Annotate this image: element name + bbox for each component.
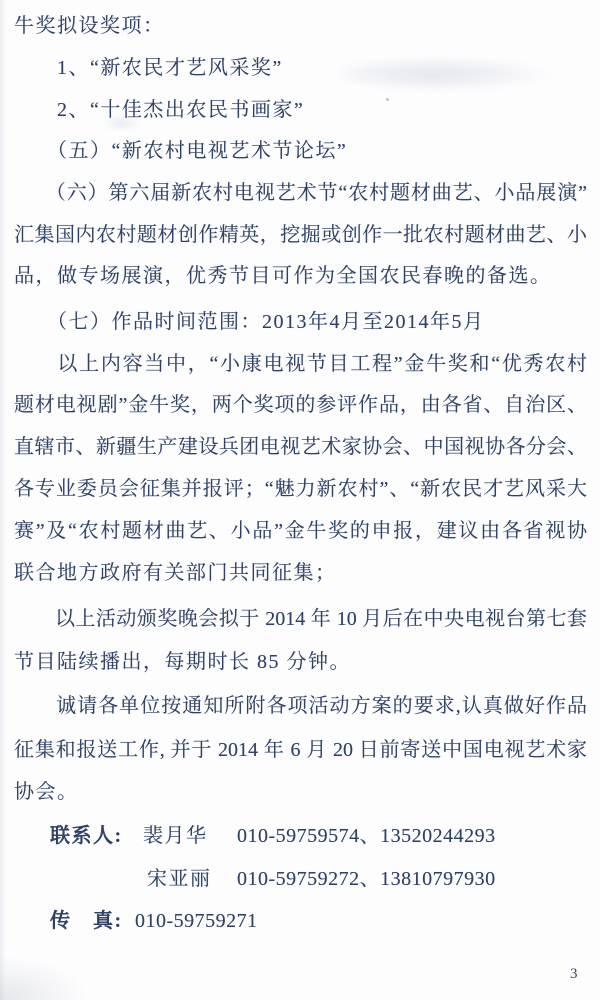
contact-phones-2: 010-59759272、13810797930 [237,865,496,893]
text-line-section-5: （五）“新农村电视艺术节论坛” [14,137,587,167]
text-line-section-7: （七）作品时间范围：2013年4月至2014年5月 [14,308,587,338]
text-line: 诚请各单位按通知所附各项活动方案的要求,认真做好作品 [14,692,587,722]
document-page: 牛奖拟设奖项： 1、“新农民才艺风采奖” 2、“十佳杰出农民书画家” （五）“新… [0,0,600,1000]
fax-number: 010-59759271 [135,907,258,935]
text-line: 牛奖拟设奖项： [14,12,587,42]
fax-label: 传 真: [50,907,123,935]
contact-row-2: 宋亚丽 010-59759272、13810797930 [14,865,587,895]
scan-corner-shade [0,955,90,1000]
text-line: 直辖市、新疆生产建设兵团电视艺术家协会、中国视协各分会、 [14,433,587,463]
text-line: 品，做专场展演，优秀节目可作为全国农民春晚的备选。 [14,262,587,292]
text-line-deadline: 征集和报送工作, 并于 2014 年 6 月 20 日前寄送中国电视艺术家 [14,736,587,766]
page-number: 3 [570,966,578,983]
contact-label: 联系人: [50,822,123,850]
text-line: 以上内容当中，“小康电视节目工程”金牛奖和“优秀农村 [14,350,587,380]
text-line: 赛”及“农村题材曲艺、小品”金牛奖的申报，建议由各省视协 [14,517,587,547]
text-line: 各专业委员会征集并报评；“魅力新农村”、“新农民才艺风采大 [14,475,587,505]
text-line-section-6: （六）第六届新农村电视艺术节“农村题材曲艺、小品展演” [14,179,587,209]
text-line: 汇集国内农村题材创作精英，挖掘或创作一批农村题材曲艺、小 [14,221,587,251]
text-line: 联合地方政府有关部门共同征集； [14,559,587,589]
text-line-award-item-2: 2、“十佳杰出农民书画家” [14,96,587,126]
scan-edge-shade [0,0,6,1000]
text-line: 题材电视剧”金牛奖，两个奖项的参评作品，由各省、自治区、 [14,391,587,421]
contact-name-1: 裴月华 [143,822,208,850]
text-line-broadcast: 以上活动颁奖晚会拟于 2014 年 10 月后在中央电视台第七套 [14,605,587,635]
text-line: 协会。 [14,778,587,808]
text-line: 节目陆续播出，每期时长 85 分钟。 [14,648,587,678]
fax-row: 传 真: 010-59759271 [14,907,587,937]
text-line-award-item-1: 1、“新农民才艺风采奖” [14,54,587,84]
contact-row-1: 联系人: 裴月华 010-59759574、13520244293 [14,822,587,852]
contact-name-2: 宋亚丽 [147,865,212,893]
contact-phones-1: 010-59759574、13520244293 [237,822,496,850]
